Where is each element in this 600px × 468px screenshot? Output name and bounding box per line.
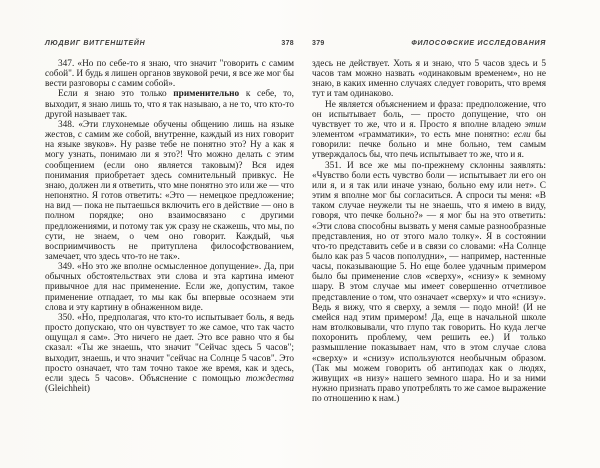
text-segment: если [514, 130, 531, 140]
text-segment: здесь не действует. Хоть я и знаю, что 5… [312, 59, 546, 99]
paragraph: 350. «Но, предполагая, что кто-то испыты… [45, 313, 294, 394]
text-segment: Если я знаю это только [58, 89, 173, 99]
paragraph: здесь не действует. Хоть я и знаю, что 5… [312, 59, 546, 100]
paragraph: Не является объяснением и фраза: предпол… [312, 100, 546, 161]
text-segment: элементом «грамматики», то есть мне поня… [312, 130, 514, 140]
text-segment: применительно [173, 89, 239, 99]
left-page: ЛЮДВИГ ВИТГЕНШТЕЙН 378 347. «Но по себе-… [45, 0, 294, 394]
right-page-text: здесь не действует. Хоть я и знаю, что 5… [312, 59, 546, 404]
right-page: 379 ФИЛОСОФСКИЕ ИССЛЕДОВАНИЯ здесь не де… [312, 0, 546, 404]
paragraph: 348. «Эти глухонемые обучены общению лиш… [45, 120, 294, 262]
text-segment: Не является объяснением и фраза: предпол… [312, 100, 546, 130]
page-number-left: 378 [281, 40, 294, 47]
book-spread: ЛЮДВИГ ВИТГЕНШТЕЙН 378 347. «Но по себе-… [0, 0, 600, 468]
left-page-header: ЛЮДВИГ ВИТГЕНШТЕЙН 378 [45, 0, 294, 47]
page-number-right: 379 [312, 40, 325, 47]
text-segment: 348. «Эти глухонемые обучены общению лиш… [45, 120, 294, 262]
text-segment: 347. «Но по себе-то я знаю, что значит "… [45, 59, 294, 89]
running-title-book: ФИЛОСОФСКИЕ ИССЛЕДОВАНИЯ [411, 40, 546, 47]
text-segment: 351. И все же мы по-прежнему склонны зая… [312, 161, 546, 405]
paragraph: 347. «Но по себе-то я знаю, что значит "… [45, 59, 294, 89]
text-segment: 349. «Но это же вполне осмысленное допущ… [45, 262, 294, 313]
text-segment: тождества [246, 374, 294, 384]
running-title-author: ЛЮДВИГ ВИТГЕНШТЕЙН [45, 40, 145, 47]
left-page-text: 347. «Но по себе-то я знаю, что значит "… [45, 59, 294, 394]
paragraph: 349. «Но это же вполне осмысленное допущ… [45, 262, 294, 313]
text-segment: (Gleichheit) [45, 384, 90, 394]
paragraph: 351. И все же мы по-прежнему склонны зая… [312, 161, 546, 405]
right-page-header: 379 ФИЛОСОФСКИЕ ИССЛЕДОВАНИЯ [312, 0, 546, 47]
paragraph: Если я знаю это только применительно к с… [45, 89, 294, 119]
text-segment: этим [525, 120, 546, 130]
